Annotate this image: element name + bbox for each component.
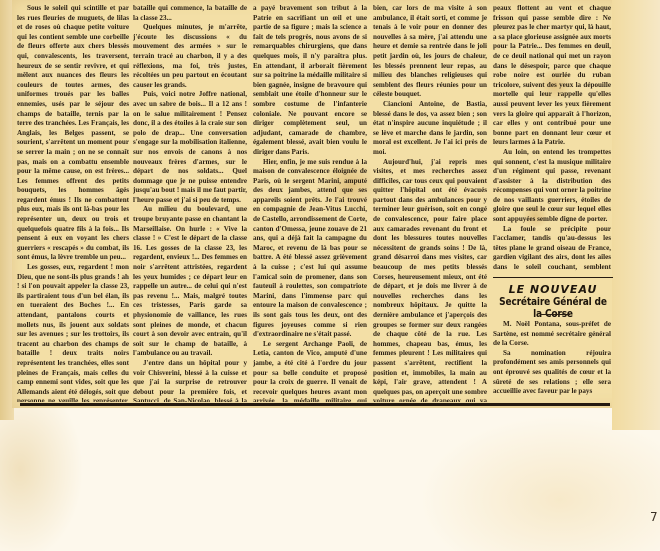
article-headline: Secrétaire Général de la Corse	[499, 296, 607, 320]
page-number: 7	[650, 510, 658, 524]
paragraph: Les gosses, eux, regardent ! mon Dieu, q…	[17, 263, 129, 402]
column-bottom-rule	[20, 403, 610, 406]
paragraph: Sa nomination réjouira profondément ses …	[493, 349, 611, 397]
article-column-1: Sous le soleil qui scintille et par les …	[17, 4, 129, 402]
paragraph: peaux flottent au vent et chaque frisson…	[493, 4, 611, 148]
article-column-5: peaux flottent au vent et chaque frisson…	[493, 4, 611, 274]
paragraph: Hier, enfin, je me suis rendue à la mais…	[253, 158, 367, 340]
article-column-3: a payé bravement son tribut à la Patrie …	[253, 4, 367, 402]
paragraph: Le sergent Archange Paoli, de Letia, can…	[253, 340, 367, 402]
article-kicker: LE NOUVEAU	[493, 283, 613, 296]
paragraph: Au milieu du boulevard, une troupe bruya…	[133, 205, 247, 359]
paragraph: J'entre dans un hôpital pour y voir Chis…	[133, 359, 247, 402]
paragraph: bien, car lors de ma visite à son ambula…	[373, 4, 487, 100]
article-column-2: bataille qui commence, la bataille de la…	[133, 4, 247, 402]
article-2-body: M. Noël Pontana, sous-préfet de Sartène,…	[493, 320, 611, 397]
paragraph: La foule se précipite pour l'acclamer, t…	[493, 225, 611, 274]
paragraph: Puis, voici notre Joffre national, avec …	[133, 90, 247, 205]
paragraph: bataille qui commence, la bataille de la…	[133, 4, 247, 23]
paragraph: M. Noël Pontana, sous-préfet de Sartène,…	[493, 320, 611, 349]
paragraph: Quelques minutes, je m'arrête, j'écoute …	[133, 23, 247, 90]
article-column-4: bien, car lors de ma visite à son ambula…	[373, 4, 487, 402]
paragraph: a payé bravement son tribut à la Patrie …	[253, 4, 367, 158]
article-separator-rule	[493, 277, 613, 278]
clipping-edge-right	[612, 0, 660, 430]
paragraph: Aujourd'hui, j'ai repris mes visites, et…	[373, 158, 487, 403]
paragraph: Au loin, on entend les trompettes qui so…	[493, 148, 611, 225]
paragraph: Ciancioni Antoine, de Bastia, blessé dan…	[373, 100, 487, 158]
headline-divider	[540, 314, 570, 315]
paragraph: Sous le soleil qui scintille et par les …	[17, 4, 129, 263]
